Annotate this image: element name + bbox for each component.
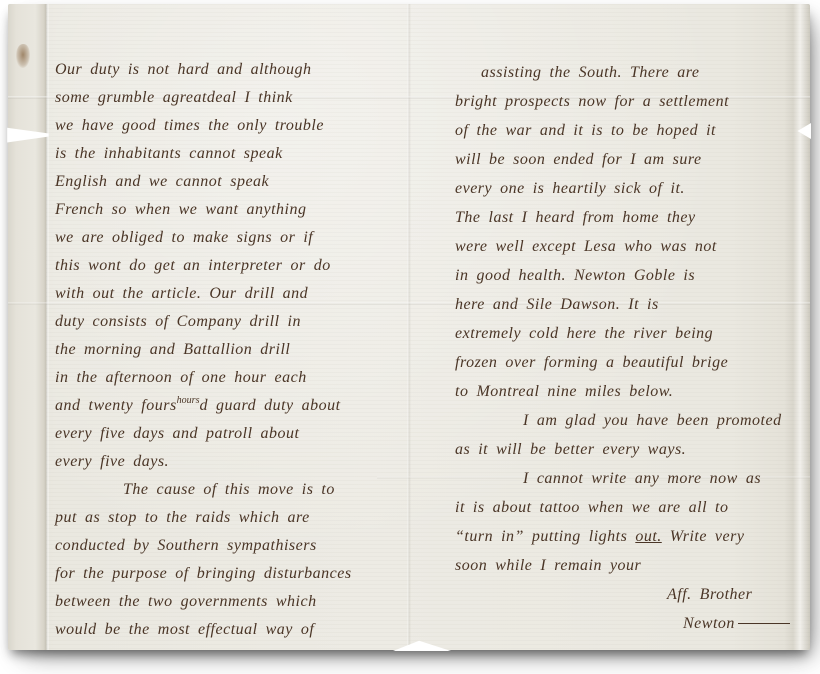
- signature-name: Newton: [455, 609, 811, 638]
- handwriting-line: for the purpose of bringing disturbances: [55, 560, 411, 588]
- handwriting-line: The last I heard from home they: [455, 203, 811, 232]
- handwriting-line: every five days and patroll about: [55, 420, 411, 448]
- handwriting-line-with-insertion: and twenty fourshoursd guard duty about: [55, 392, 411, 420]
- handwriting-line: we are obliged to make signs or if: [55, 224, 411, 252]
- handwriting-line: extremely cold here the river being: [455, 319, 811, 348]
- handwriting-line: bright prospects now for a settlement: [455, 87, 811, 116]
- letter-page-left: Our duty is not hard and although some g…: [55, 56, 411, 644]
- handwriting-line: I am glad you have been promoted: [455, 406, 811, 435]
- handwriting-line: I cannot write any more now as: [455, 464, 811, 493]
- left-fold-crease: [46, 4, 49, 650]
- letter-paper: Our duty is not hard and although some g…: [8, 4, 810, 650]
- handwriting-line: in good health. Newton Goble is: [455, 261, 811, 290]
- signature-name-text: Newton: [683, 615, 735, 632]
- handwriting-line: frozen over forming a beautiful brige: [455, 348, 811, 377]
- handwriting-line: with out the article. Our drill and: [55, 280, 411, 308]
- handwriting-line: conducted by Southern sympathisers: [55, 532, 411, 560]
- handwriting-line: will be soon ended for I am sure: [455, 145, 811, 174]
- line-segment: and twenty fours: [55, 397, 177, 414]
- handwriting-line: between the two governments which: [55, 588, 411, 616]
- handwriting-line: of the war and it is to be hoped it: [455, 116, 811, 145]
- handwriting-line: French so when we want anything: [55, 196, 411, 224]
- handwriting-line: in the afternoon of one hour each: [55, 364, 411, 392]
- handwriting-line: some grumble agreatdeal I think: [55, 84, 411, 112]
- handwriting-line-with-underline: “turn in” putting lights out. Write very: [455, 522, 811, 551]
- letter-page-right: assisting the South. There are bright pr…: [455, 58, 811, 638]
- handwriting-line: were well except Lesa who was not: [455, 232, 811, 261]
- handwriting-line: to Montreal nine miles below.: [455, 377, 811, 406]
- handwriting-line: as it will be better every ways.: [455, 435, 811, 464]
- handwriting-line: here and Sile Dawson. It is: [455, 290, 811, 319]
- handwriting-line: assisting the South. There are: [455, 58, 811, 87]
- handwriting-line: the morning and Battallion drill: [55, 336, 411, 364]
- handwriting-line: would be the most effectual way of: [55, 616, 411, 644]
- handwriting-line: it is about tattoo when we are all to: [455, 493, 811, 522]
- underlined-word: out.: [635, 528, 661, 545]
- handwriting-line: every five days.: [55, 448, 411, 476]
- handwriting-line: is the inhabitants cannot speak: [55, 140, 411, 168]
- line-segment: “turn in” putting lights: [455, 528, 635, 545]
- signature-flourish: [738, 623, 790, 624]
- left-fold-strip: [8, 4, 46, 650]
- handwriting-line: English and we cannot speak: [55, 168, 411, 196]
- handwriting-line: soon while I remain your: [455, 551, 811, 580]
- line-segment: Write very: [662, 528, 745, 545]
- line-segment: d guard duty about: [199, 397, 340, 414]
- handwriting-line: this wont do get an interpreter or do: [55, 252, 411, 280]
- scanned-letter-scene: Our duty is not hard and although some g…: [0, 0, 820, 674]
- handwriting-line: put as stop to the raids which are: [55, 504, 411, 532]
- interlinear-insertion: hours: [177, 395, 200, 406]
- handwriting-line: duty consists of Company drill in: [55, 308, 411, 336]
- handwriting-line: Our duty is not hard and although: [55, 56, 411, 84]
- handwriting-line: every one is heartily sick of it.: [455, 174, 811, 203]
- handwriting-line: we have good times the only trouble: [55, 112, 411, 140]
- signature-closing: Aff. Brother: [455, 580, 811, 609]
- handwriting-line: The cause of this move is to: [55, 476, 411, 504]
